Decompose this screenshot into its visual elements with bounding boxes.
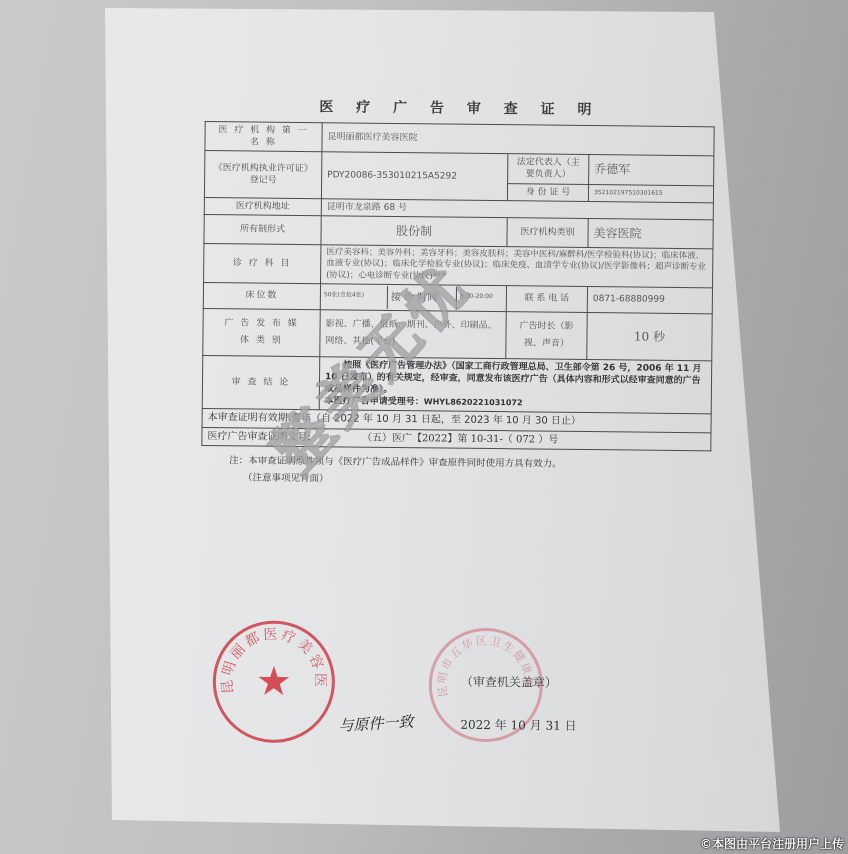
address-label: 医疗机构地址 [204, 197, 321, 215]
beds-label: 床位数 [203, 283, 320, 309]
duration-value: 10 秒 [587, 312, 712, 360]
handwritten-annotation: 与原件一致 [338, 711, 414, 736]
category-label: 医疗机构类别 [507, 218, 588, 248]
hospital-seal-stamp: ★ 昆明丽都医疗美容医院 [212, 620, 335, 743]
license-label: 《医疗机构执业许可证》登记号 [204, 151, 321, 199]
svg-text:昆明丽都医疗美容医院: 昆明丽都医疗美容医院 [215, 623, 328, 696]
id-label: 身 份 证 号 [507, 183, 588, 201]
table-row: 《医疗机构执业许可证》登记号 PDY20086-353010215A5292 法… [205, 151, 714, 186]
institution-name-label: 医 疗 机 构 第 一 名 称 [205, 122, 322, 153]
ownership-value: 股份制 [321, 216, 507, 247]
issue-date: 2022 年 10 月 31 日 [460, 716, 576, 734]
agency-seal-label: （审查机关盖章） [461, 673, 557, 691]
scope-value: 医疗美容科；美容外科；美容牙科；美容皮肤科；美容中医科/麻醉科/医学检验科(协议… [321, 245, 713, 289]
institution-name-value: 昆明丽都医疗美容医院 [322, 123, 714, 156]
duration-label: 广告时长（影视、声音） [506, 311, 587, 359]
category-value: 美容医院 [588, 218, 713, 248]
upload-credit: ©本图由平台注册用户上传 [700, 835, 844, 852]
ownership-label: 所有制形式 [204, 214, 321, 244]
document-title: 医 疗 广 告 审 查 证 明 [205, 95, 715, 120]
application-number-value: WHYL8620221031072 [424, 397, 523, 407]
scope-label: 诊 疗 科 目 [204, 243, 321, 284]
legal-rep-label: 法定代表人（主要负责人） [508, 154, 589, 184]
phone-label: 联 系 电 话 [506, 286, 587, 312]
hospital-seal-ring-text: 昆明丽都医疗美容医院 [215, 623, 332, 740]
id-value: 352102197510301615 [588, 184, 713, 202]
license-value: PDY20086-353010215A5292 [321, 152, 507, 200]
legal-rep-value: 乔德军 [589, 155, 714, 186]
document-number-value: （五）医广【2022】第 10-31-（ 072 ）号 [362, 432, 558, 445]
phone-value: 0871-68880999 [587, 287, 712, 313]
media-label: 广 告 发 布 媒 体 类 别 [203, 308, 320, 356]
